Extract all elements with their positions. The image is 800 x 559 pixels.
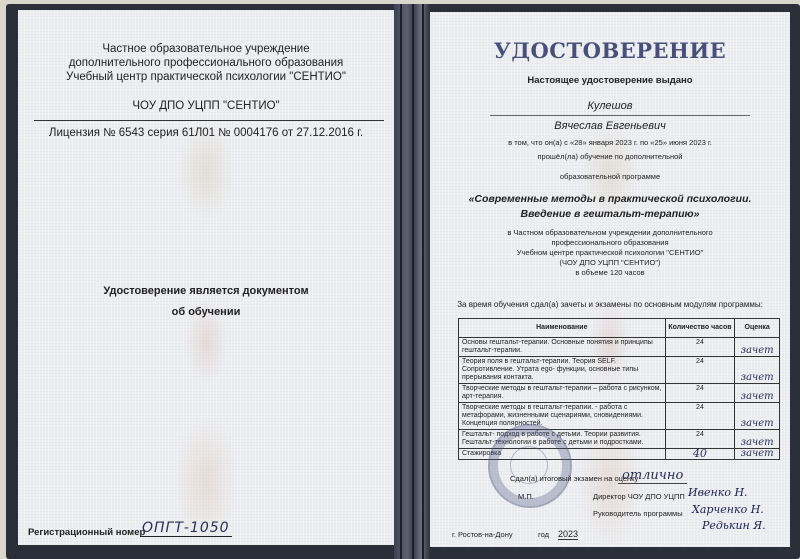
organization-short-name: ЧОУ ДПО УЦПП "СЕНТИО" (18, 100, 394, 112)
module-hours: 40 (665, 449, 735, 460)
module-grade: зачет (735, 338, 780, 357)
module-name: Основы гештальт-терапии. Основные поняти… (459, 338, 666, 357)
program-title-line1: «Современные методы в практической психо… (430, 192, 790, 207)
director-signature: Ивенко Н. (688, 486, 748, 499)
program-head-label: Руководитель программы (593, 509, 683, 518)
right-page: УДОСТОВЕРЕНИЕ Настоящее удостоверение вы… (430, 12, 790, 547)
document-note-line1: Удостоверение является документом (18, 285, 394, 297)
final-exam-grade: отлично (618, 468, 687, 484)
passed-line1: прошёл(ла) обучение по дополнительной (430, 152, 790, 161)
registration-label: Регистрационный номер (28, 527, 145, 538)
module-grade: зачет (735, 430, 780, 449)
issue-city: г. Ростов-на-Дону (452, 530, 513, 539)
certificate-title: УДОСТОВЕРЕНИЕ (430, 38, 790, 63)
surname-underline (490, 115, 750, 116)
module-hours: 24 (665, 357, 735, 384)
module-name: Творческие методы в гештальт-терапии. - … (459, 403, 666, 430)
module-hours: 24 (665, 430, 735, 449)
module-hours: 24 (665, 338, 735, 357)
table-row: Основы гештальт-терапии. Основные поняти… (459, 338, 780, 357)
organization-name: Частное образовательное учреждение допол… (18, 42, 394, 84)
module-name: Теория поля в гештальт-терапии. Теория S… (459, 357, 666, 384)
program-title-line2: Введение в гештальт-терапию» (430, 207, 790, 222)
recipient-surname: Кулешов (430, 100, 790, 112)
org-line: дополнительного профессионального образо… (18, 56, 394, 70)
program-title: «Современные методы в практической психо… (430, 192, 790, 222)
table-row: Творческие методы в гештальт-терапии – р… (459, 384, 780, 403)
program-head-signature-2: Редькин Я. (702, 519, 766, 532)
table-row: Теория поля в гештальт-терапии. Теория S… (459, 357, 780, 384)
issued-to-label: Настоящее удостоверение выдано (430, 75, 790, 86)
table-header-row: Наименование Количество часов Оценка (459, 319, 780, 338)
year-label: год (538, 530, 549, 539)
left-page: Частное образовательное учреждение допол… (18, 10, 394, 545)
passed-line2: образовательной программе (430, 172, 790, 181)
document-note-line2: об обучении (18, 306, 394, 318)
module-name: Творческие методы в гештальт-терапии – р… (459, 384, 666, 403)
divider (34, 120, 384, 121)
cover-spine (394, 4, 430, 559)
org-line: Учебный центр практической психологии "С… (18, 70, 394, 84)
column-header-hours: Количество часов (665, 319, 735, 338)
issue-year: 2023 (558, 529, 578, 540)
recipient-given-names: Вячеслав Евгеньевич (430, 120, 790, 132)
module-grade: зачет (735, 403, 780, 430)
module-hours: 24 (665, 403, 735, 430)
course-hours: в объеме 120 часов (430, 268, 790, 278)
module-grade: зачет (735, 357, 780, 384)
stamp-label: М.П. (518, 492, 534, 501)
training-dates: в том, что он(а) с «28» января 2023 г. п… (430, 138, 790, 147)
institution-line: Учебном центре практической психологии "… (430, 248, 790, 258)
column-header-grade: Оценка (735, 319, 780, 338)
column-header-name: Наименование (459, 319, 666, 338)
institution-line: в Частном образовательном учреждении доп… (430, 228, 790, 238)
module-hours: 24 (665, 384, 735, 403)
program-head-signature-1: Харченко Н. (692, 503, 764, 516)
director-label: Директор ЧОУ ДПО УЦПП (593, 492, 685, 501)
module-grade: зачет (735, 449, 780, 460)
license-text: Лицензия № 6543 серия 61Л01 № 0004176 от… (18, 127, 394, 139)
module-grade: зачет (735, 384, 780, 403)
org-line: Частное образовательное учреждение (18, 42, 394, 56)
institution-line: профессионального образования (430, 238, 790, 248)
table-row: Творческие методы в гештальт-терапии. - … (459, 403, 780, 430)
modules-intro: За время обучения сдал(а) зачеты и экзам… (430, 300, 790, 309)
registration-number: ОПГТ-1050 (140, 520, 232, 537)
institution-text: в Частном образовательном учреждении доп… (430, 228, 790, 278)
institution-line: (ЧОУ ДПО УЦПП "СЕНТИО") (430, 258, 790, 268)
